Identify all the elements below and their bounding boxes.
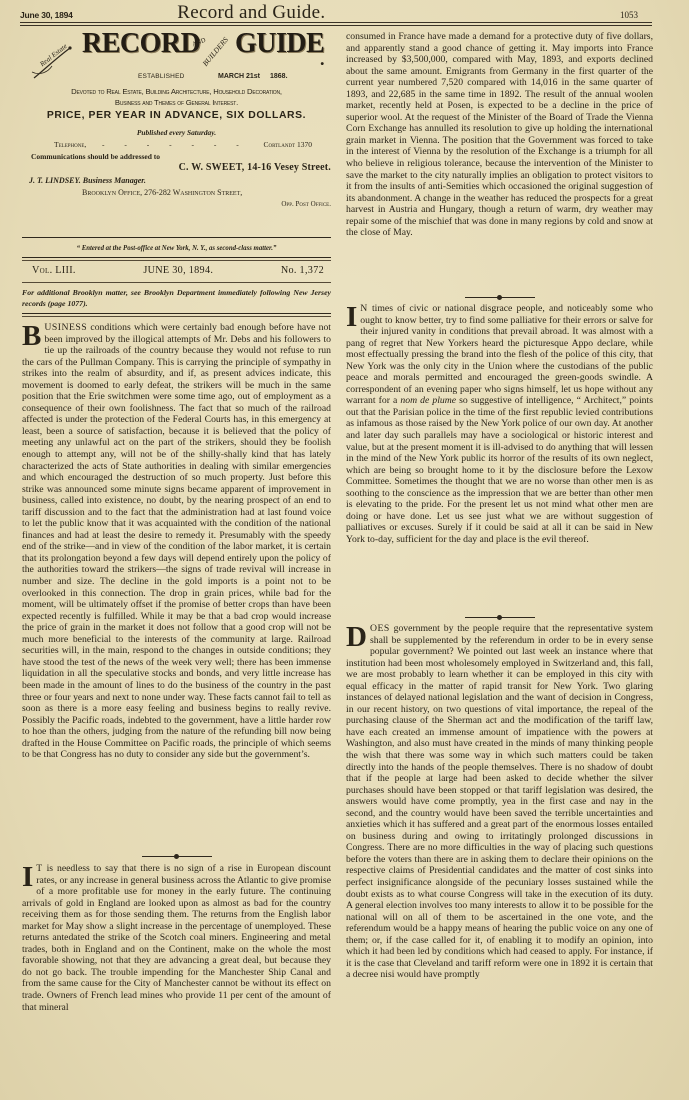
opp-post-office: Opp. Post Office. [281,199,331,211]
rule [22,282,331,283]
article-text: times of civic or national disgrace peop… [346,303,653,406]
devoted-line-2: Business and Themes of General Interest. [22,97,331,108]
telephone-label: Telephone, [54,139,86,151]
masthead: Real Estate RECORD AND BUILDERS GUIDE . … [22,30,331,198]
logo-established: ESTABLISHED [138,71,185,83]
left-column: Real Estate RECORD AND BUILDERS GUIDE . … [22,30,331,198]
article-paragraph: consumed in France have made a demand fo… [346,31,653,239]
devoted-line-1: Devoted to Real Estate, Building Archite… [22,86,331,97]
volume-number: Vol. LIII. [32,265,76,277]
logo-year: 1868. [270,71,288,83]
page-number: 1053 [620,2,638,20]
article-text: is needless to say that there is no sign… [22,863,331,1013]
article-text: so suggestive of intelligence, “ Archite… [346,395,653,545]
drop-cap: B [22,324,41,348]
article-text: conditions which were certainly bad enou… [22,322,331,760]
article-paragraph: IT is needless to say that there is no s… [22,863,331,1013]
article-paragraph: BUSINESS conditions which were certainly… [22,292,331,761]
logo-dot: . [320,54,325,66]
article-european-discount: IT is needless to say that there is no s… [22,863,331,1013]
rule [22,257,331,258]
publisher-address: C. W. SWEET, 14-16 Vesey Street. [179,162,331,174]
section-divider [142,854,212,860]
newspaper-page: June 30, 1894 Record and Guide. 1053 Rea… [0,0,689,1100]
subscription-price: PRICE, PER YEAR IN ADVANCE, SIX DOLLARS. [22,110,331,122]
drop-cap: I [346,305,357,329]
rule [22,237,331,238]
devoted-statement: Devoted to Real Estate, Building Archite… [22,86,331,108]
article-civic-disgrace: IN times of civic or national disgrace p… [346,303,653,545]
volume-line: Vol. LIII. JUNE 30, 1894. No. 1,372 [32,265,324,277]
brooklyn-office: Brooklyn Office, 276-282 Washington Stre… [82,187,242,199]
article-referendum: DOES government by the people require th… [346,623,653,981]
section-divider [465,295,535,301]
drop-cap: D [346,625,367,649]
drop-cap: I [22,865,33,889]
running-head: June 30, 1894 Record and Guide. [20,2,490,24]
article-european-continued: consumed in France have made a demand fo… [346,31,653,239]
logo-march: MARCH 21st [218,71,260,83]
issue-number: No. 1,372 [281,265,324,277]
telephone-line: Telephone, - - - - - - - Cortlandt 1370 [54,139,312,151]
issue-date: JUNE 30, 1894. [143,265,213,277]
business-manager: J. T. LINDSEY. Business Manager. [29,175,146,187]
section-divider [465,615,535,621]
running-head-title: Record and Guide. [177,2,325,24]
communications-note: Communications should be addressed to [31,151,160,163]
article-paragraph: DOES government by the people require th… [346,623,653,981]
italic-phrase: nom de plume [400,395,456,406]
publication-schedule: Published every Saturday. [22,127,331,139]
lead-word: OES [370,623,390,634]
telephone-number: Cortlandt 1370 [263,139,312,151]
article-business-conditions: BUSINESS conditions which were certainly… [22,292,331,761]
masthead-logo: Real Estate RECORD AND BUILDERS GUIDE . … [30,32,330,86]
lead-word: N [360,303,368,314]
article-text: government by the people require that th… [346,623,653,980]
rule [22,260,331,261]
logo-guide: GUIDE [235,38,324,50]
header-rule-secondary [20,25,652,26]
header-rule [20,22,652,23]
telephone-dashes: - - - - - - - [102,139,248,151]
logo-record: RECORD [82,38,200,50]
article-paragraph: IN times of civic or national disgrace p… [346,303,653,545]
postal-entry-note: “ Entered at the Post-office at New York… [22,243,331,255]
lead-word: USINESS [44,322,87,333]
